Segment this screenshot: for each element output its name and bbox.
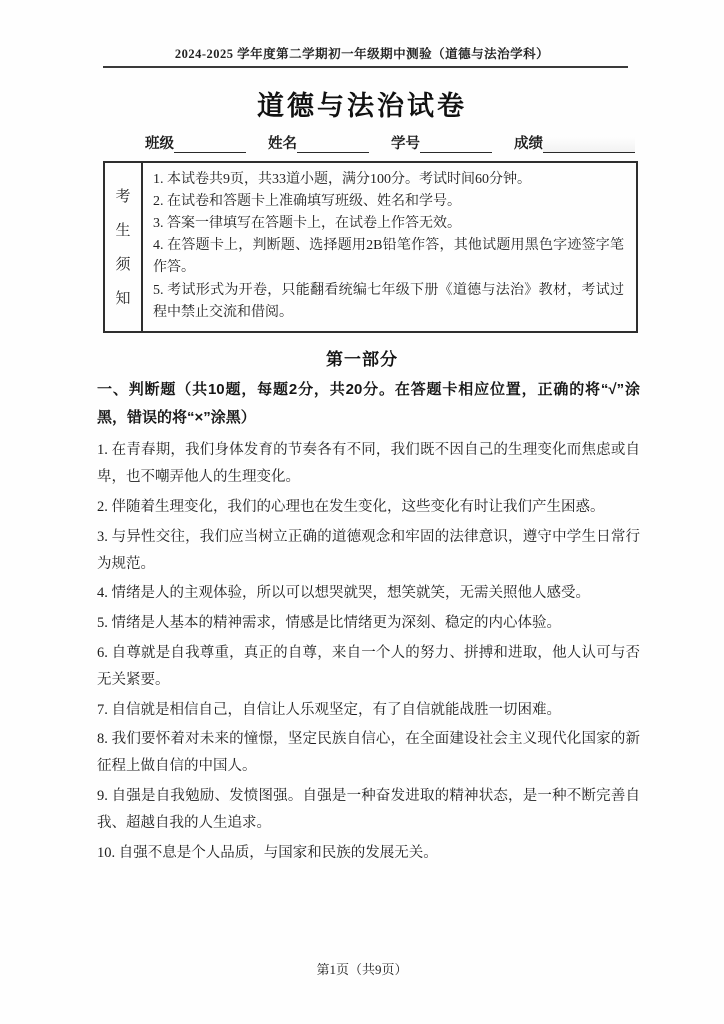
header-divider-rule — [103, 66, 628, 68]
notice-side-char: 生 — [115, 219, 130, 240]
question-7: 7. 自信就是相信自己，自信让人乐观坚定，有了自信就能战胜一切困难。 — [97, 697, 640, 724]
notice-item: 1. 本试卷共9页，共33道小题，满分100分。考试时间60分钟。 — [153, 169, 624, 191]
field-score-blank — [543, 137, 635, 153]
question-3: 3. 与异性交往，我们应当树立正确的道德观念和牢固的法律意识，遵守中学生日常行为… — [97, 524, 640, 578]
field-name-label: 姓名 — [268, 132, 297, 153]
field-class: 班级 — [145, 132, 246, 153]
question-10: 10. 自强不息是个人品质，与国家和民族的发展无关。 — [97, 840, 640, 867]
exam-session-header: 2024-2025 学年度第二学期初一年级期中测验（道德与法治学科） — [0, 0, 724, 62]
page-title: 道德与法治试卷 — [0, 84, 724, 123]
question-4: 4. 情绪是人的主观体验，所以可以想哭就哭，想笑就笑，无需关照他人感受。 — [97, 580, 640, 607]
field-score-label: 成绩 — [514, 132, 543, 153]
notice-item: 3. 答案一律填写在答题卡上，在试卷上作答无效。 — [153, 213, 624, 235]
student-info-row: 班级 姓名 学号 成绩 — [145, 132, 640, 153]
field-name-blank — [297, 137, 369, 153]
field-class-blank — [174, 137, 246, 153]
field-student-number-blank — [420, 137, 492, 153]
notice-item: 2. 在试卷和答题卡上准确填写班级、姓名和学号。 — [153, 191, 624, 213]
field-name: 姓名 — [268, 132, 369, 153]
notice-item: 4. 在答题卡上，判断题、选择题用2B铅笔作答，其他试题用黑色字迹签字笔作答。 — [153, 235, 624, 279]
candidate-notice-side-label: 考 生 须 知 — [105, 163, 143, 331]
question-9: 9. 自强是自我勉励、发愤图强。自强是一种奋发进取的精神状态，是一种不断完善自我… — [97, 783, 640, 837]
field-score: 成绩 — [514, 132, 635, 153]
page-number-footer: 第1页（共9页） — [0, 959, 724, 978]
question-8: 8. 我们要怀着对未来的憧憬，坚定民族自信心，在全面建设社会主义现代化国家的新征… — [97, 726, 640, 780]
candidate-notice-list: 1. 本试卷共9页，共33道小题，满分100分。考试时间60分钟。 2. 在试卷… — [143, 163, 636, 331]
question-1: 1. 在青春期，我们身体发育的节奏各有不同，我们既不因自己的生理变化而焦虑或自卑… — [97, 437, 640, 491]
true-false-question-list: 1. 在青春期，我们身体发育的节奏各有不同，我们既不因自己的生理变化而焦虑或自卑… — [97, 437, 640, 866]
part-one-heading: 第一部分 — [0, 345, 724, 370]
field-student-number-label: 学号 — [391, 132, 420, 153]
question-2: 2. 伴随着生理变化，我们的心理也在发生变化，这些变化有时让我们产生困惑。 — [97, 494, 640, 521]
field-class-label: 班级 — [145, 132, 174, 153]
field-student-number: 学号 — [391, 132, 492, 153]
notice-side-char: 知 — [115, 287, 130, 308]
question-5: 5. 情绪是人基本的精神需求，情感是比情绪更为深刻、稳定的内心体验。 — [97, 610, 640, 637]
notice-item: 5. 考试形式为开卷，只能翻看统编七年级下册《道德与法治》教材，考试过程中禁止交… — [153, 280, 624, 324]
exam-paper-page: 2024-2025 学年度第二学期初一年级期中测验（道德与法治学科） 道德与法治… — [0, 0, 724, 1024]
section-one-instructions: 一、判断题（共10题，每题2分，共20分。在答题卡相应位置，正确的将“√”涂黑，… — [97, 376, 640, 432]
notice-side-char: 须 — [115, 253, 130, 274]
question-6: 6. 自尊就是自我尊重，真正的自尊，来自一个人的努力、拼搏和进取，他人认可与否无… — [97, 640, 640, 694]
notice-side-char: 考 — [115, 185, 130, 206]
candidate-notice-box: 考 生 须 知 1. 本试卷共9页，共33道小题，满分100分。考试时间60分钟… — [103, 161, 638, 333]
